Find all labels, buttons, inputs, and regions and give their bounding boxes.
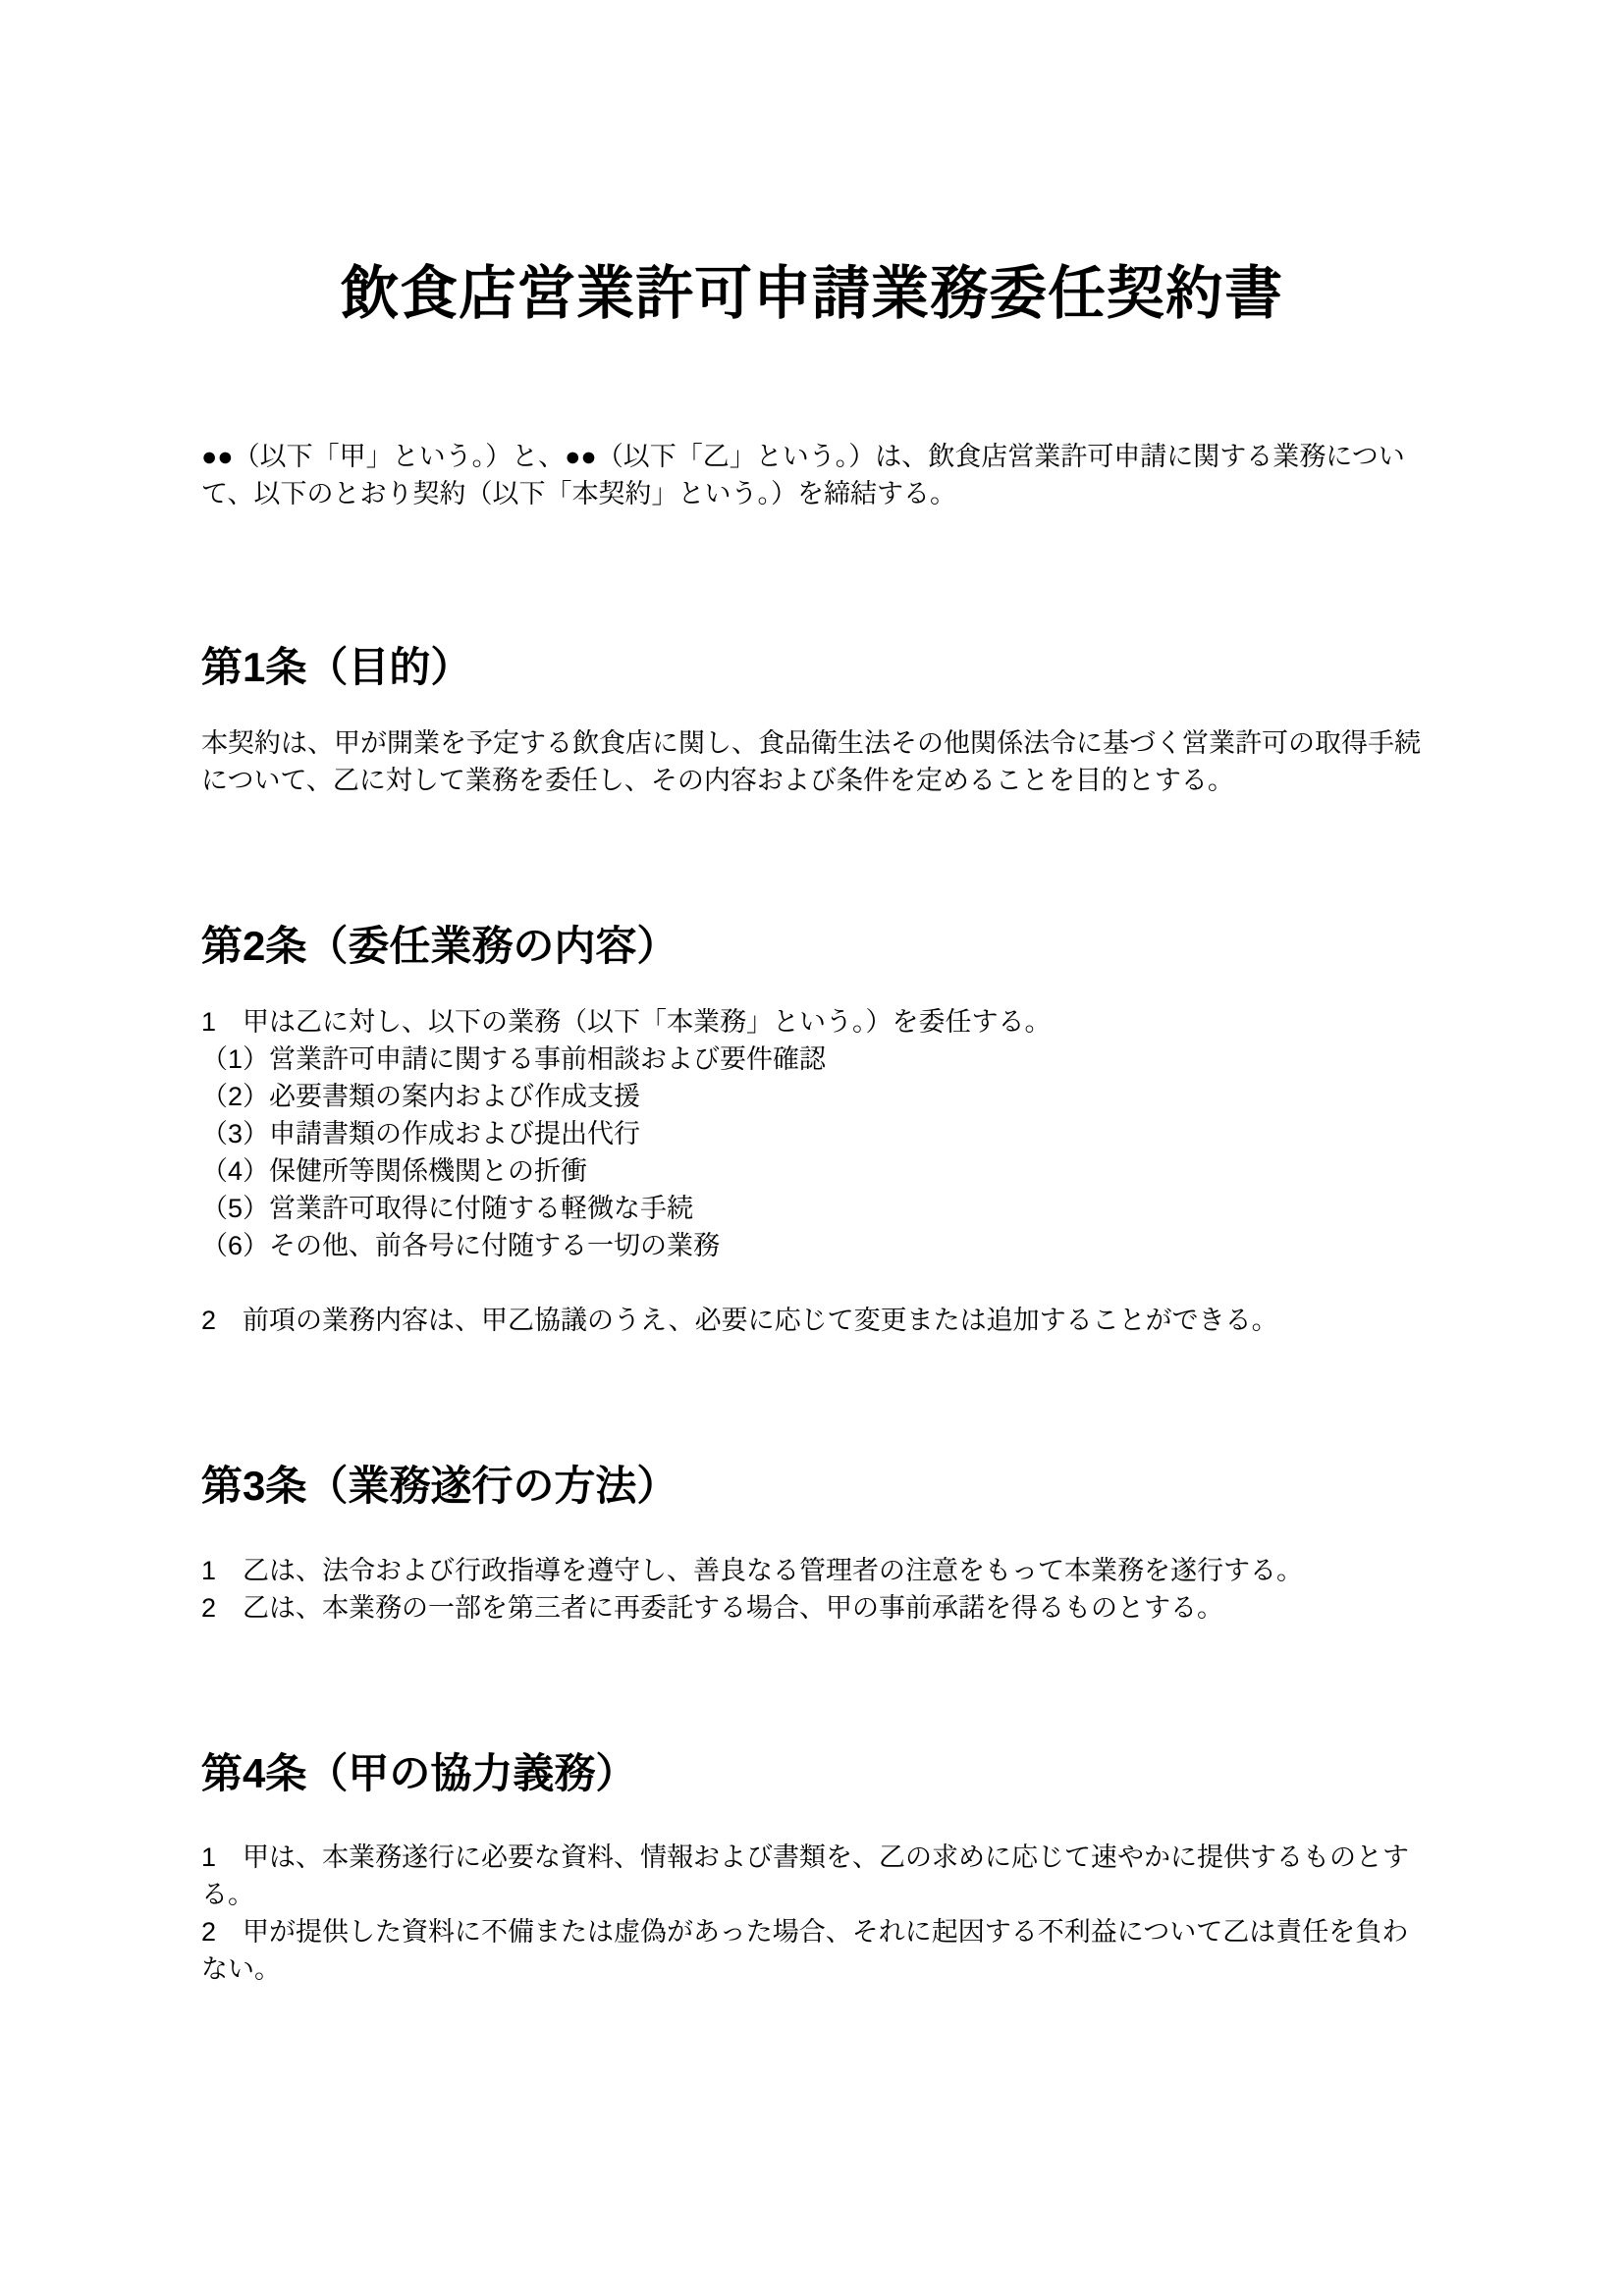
article-2-clause-1: 1 甲は乙に対し、以下の業務（以下「本業務」という。）を委任する。 — [201, 1003, 1423, 1041]
list-item-1: （1）営業許可申請に関する事前相談および要件確認 — [201, 1041, 1423, 1078]
list-item-6: （6）その他、前各号に付随する一切の業務 — [201, 1227, 1423, 1264]
article-4-clause-2: 2 甲が提供した資料に不備または虚偽があった場合、それに起因する不利益について乙… — [201, 1913, 1423, 1988]
article-1: 第1条（目的） 本契約は、甲が開業を予定する飲食店に関し、食品衛生法その他関係法… — [201, 644, 1423, 799]
article-4-heading: 第4条（甲の協力義務） — [201, 1750, 1423, 1797]
contract-document-page: 飲食店営業許可申請業務委任契約書 ●●（以下「甲」という。）と、●●（以下「乙」… — [0, 0, 1624, 2296]
article-4-clause-1: 1 甲は、本業務遂行に必要な資料、情報および書類を、乙の求めに応じて速やかに提供… — [201, 1839, 1423, 1913]
document-content: 飲食店営業許可申請業務委任契約書 ●●（以下「甲」という。）と、●●（以下「乙」… — [0, 0, 1624, 1988]
article-2-item-list: （1）営業許可申請に関する事前相談および要件確認 （2）必要書類の案内および作成… — [201, 1041, 1423, 1264]
article-2-heading: 第2条（委任業務の内容） — [201, 923, 1423, 970]
article-1-heading: 第1条（目的） — [201, 644, 1423, 691]
article-2: 第2条（委任業務の内容） 1 甲は乙に対し、以下の業務（以下「本業務」という。）… — [201, 923, 1423, 1339]
article-3: 第3条（業務遂行の方法） 1 乙は、法令および行政指導を遵守し、善良なる管理者の… — [201, 1463, 1423, 1626]
list-item-5: （5）営業許可取得に付随する軽微な手続 — [201, 1190, 1423, 1227]
article-3-clauses: 1 乙は、法令および行政指導を遵守し、善良なる管理者の注意をもって本業務を遂行す… — [201, 1552, 1423, 1627]
article-1-body: 本契約は、甲が開業を予定する飲食店に関し、食品衛生法その他関係法令に基づく営業許… — [201, 724, 1423, 799]
article-4-clauses: 1 甲は、本業務遂行に必要な資料、情報および書類を、乙の求めに応じて速やかに提供… — [201, 1839, 1423, 1988]
article-4: 第4条（甲の協力義務） 1 甲は、本業務遂行に必要な資料、情報および書類を、乙の… — [201, 1750, 1423, 1988]
article-3-clause-1: 1 乙は、法令および行政指導を遵守し、善良なる管理者の注意をもって本業務を遂行す… — [201, 1552, 1423, 1589]
list-item-4: （4）保健所等関係機関との折衝 — [201, 1152, 1423, 1190]
document-title: 飲食店営業許可申請業務委任契約書 — [201, 0, 1423, 328]
list-item-3: （3）申請書類の作成および提出代行 — [201, 1115, 1423, 1152]
article-3-heading: 第3条（業務遂行の方法） — [201, 1463, 1423, 1510]
list-item-2: （2）必要書類の案内および作成支援 — [201, 1078, 1423, 1115]
article-3-clause-2: 2 乙は、本業務の一部を第三者に再委託する場合、甲の事前承諾を得るものとする。 — [201, 1589, 1423, 1627]
preamble-paragraph: ●●（以下「甲」という。）と、●●（以下「乙」という。）は、飲食店営業許可申請に… — [201, 438, 1423, 512]
article-2-clause-2: 2 前項の業務内容は、甲乙協議のうえ、必要に応じて変更または追加することができる… — [201, 1302, 1423, 1339]
